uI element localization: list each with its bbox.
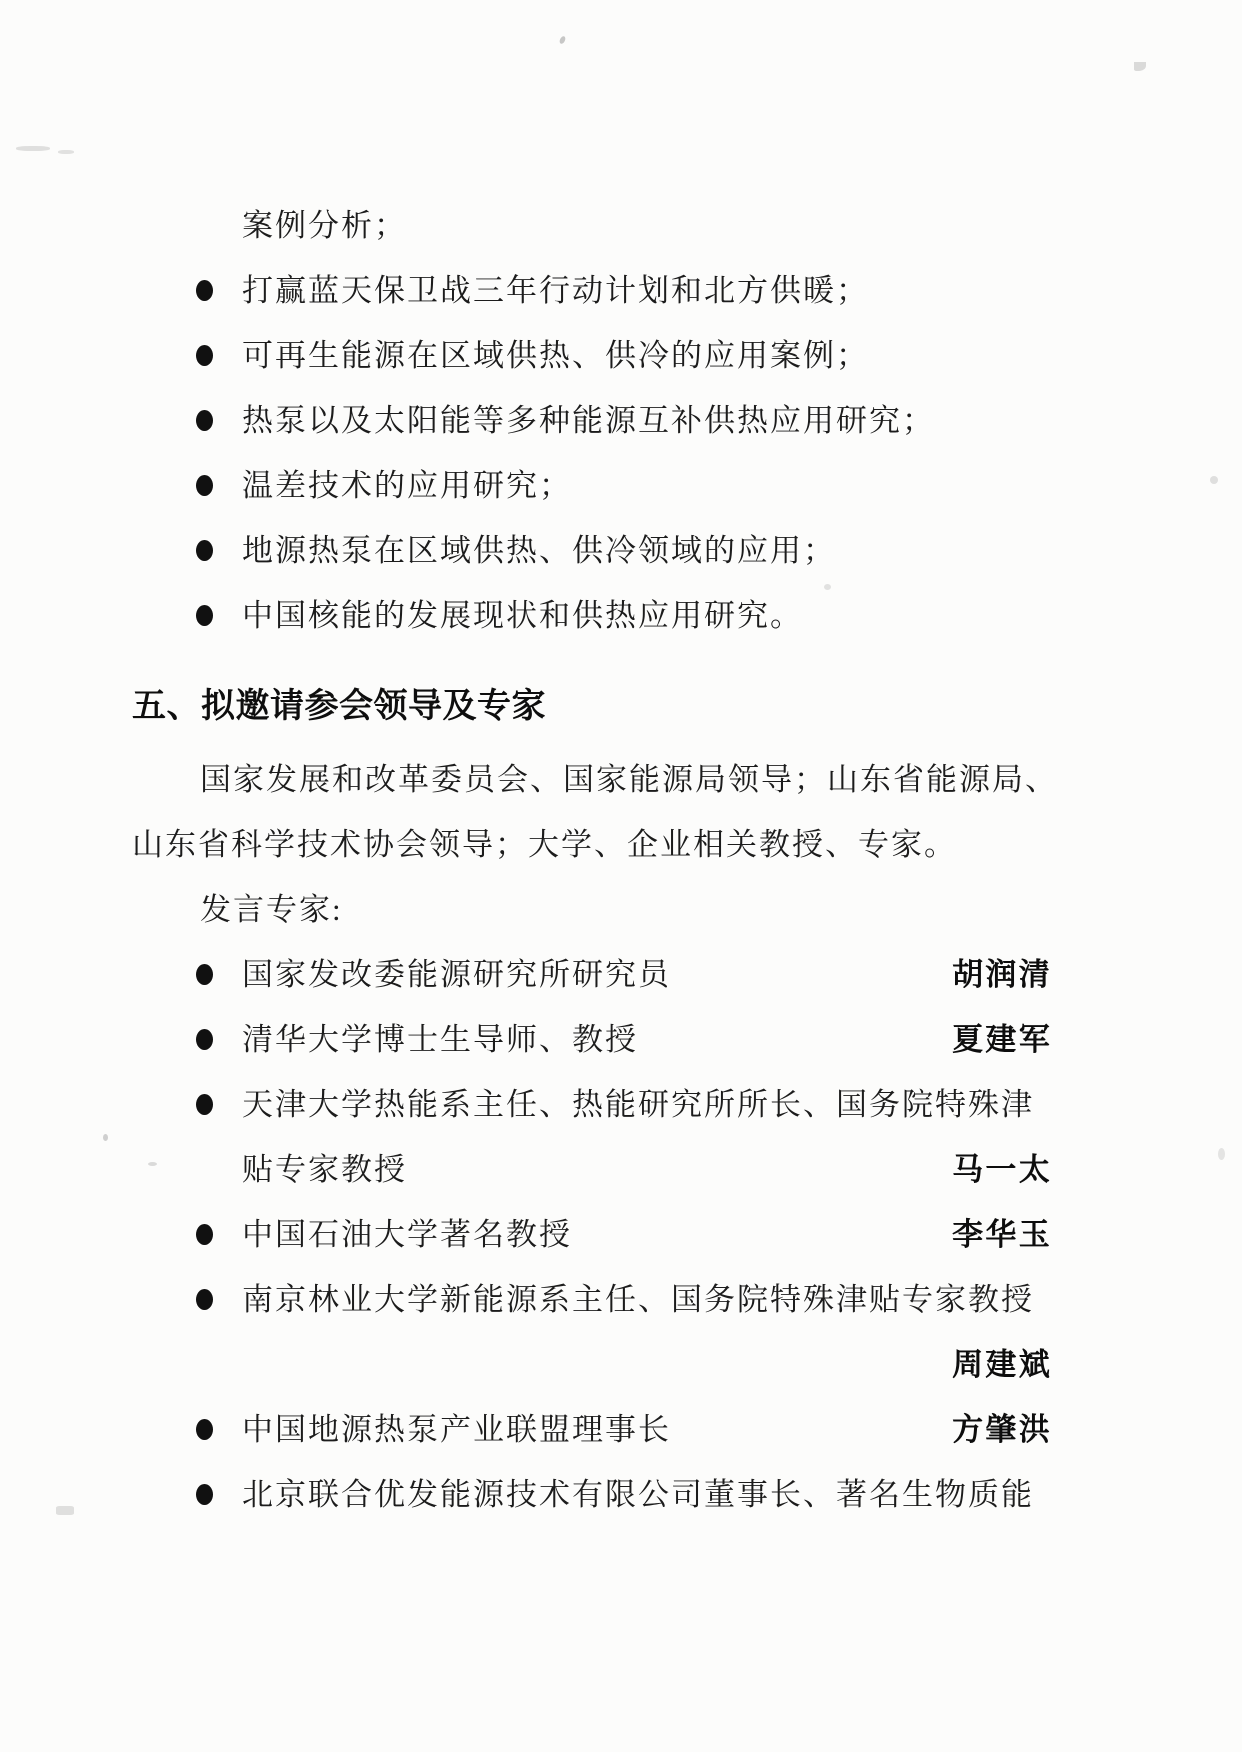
scan-artifact: [1210, 476, 1218, 484]
topic-item: 可再生能源在区域供热、供冷的应用案例；: [132, 323, 1060, 388]
topic-item: 中国核能的发展现状和供热应用研究。: [132, 583, 1060, 648]
speaker-name: 马一太: [952, 1137, 1052, 1202]
scanned-document-page: 案例分析； 打赢蓝天保卫战三年行动计划和北方供暖； 可再生能源在区域供热、供冷的…: [0, 0, 1242, 1752]
speaker-title: 中国石油大学著名教授: [242, 1217, 572, 1252]
speaker-name: 周建斌: [952, 1332, 1052, 1397]
bullet-dot-icon: [196, 1224, 213, 1245]
speaker-name: 李华玉: [952, 1202, 1052, 1267]
topic-text: 地源热泵在区域供热、供冷领域的应用；: [242, 533, 836, 568]
speaker-item: 中国石油大学著名教授 李华玉: [132, 1202, 1060, 1267]
bullet-dot-icon: [196, 540, 213, 561]
topic-item: 温差技术的应用研究；: [132, 453, 1060, 518]
topic-item: 地源热泵在区域供热、供冷领域的应用；: [132, 518, 1060, 583]
speaker-name: 夏建军: [952, 1007, 1052, 1072]
topic-text: 可再生能源在区域供热、供冷的应用案例；: [242, 338, 869, 373]
topic-text: 打赢蓝天保卫战三年行动计划和北方供暖；: [242, 273, 869, 308]
bullet-dot-icon: [196, 1419, 213, 1440]
document-content: 案例分析； 打赢蓝天保卫战三年行动计划和北方供暖； 可再生能源在区域供热、供冷的…: [132, 193, 1060, 1527]
bullet-dot-icon: [196, 1289, 213, 1310]
topic-item: 打赢蓝天保卫战三年行动计划和北方供暖；: [132, 258, 1060, 323]
bullet-dot-icon: [196, 410, 213, 431]
scan-artifact: [1134, 62, 1146, 71]
bullet-dot-icon: [196, 964, 213, 985]
bullet-dot-icon: [196, 280, 213, 301]
speaker-name: 胡润清: [952, 942, 1052, 1007]
scan-artifact: [16, 146, 50, 151]
topic-list: 打赢蓝天保卫战三年行动计划和北方供暖； 可再生能源在区域供热、供冷的应用案例； …: [132, 258, 1060, 648]
scan-artifact: [1218, 1148, 1225, 1160]
scan-artifact: [559, 35, 567, 44]
scan-artifact: [56, 1506, 74, 1515]
bullet-dot-icon: [196, 345, 213, 366]
scan-artifact: [58, 150, 74, 154]
topic-text: 温差技术的应用研究；: [242, 468, 572, 503]
speaker-title: 中国地源热泵产业联盟理事长: [242, 1412, 671, 1447]
scan-artifact: [103, 1134, 108, 1141]
bullet-dot-icon: [196, 1484, 213, 1505]
topic-text: 热泵以及太阳能等多种能源互补供热应用研究；: [242, 403, 935, 438]
speaker-item: 北京联合优发能源技术有限公司董事长、著名生物质能: [132, 1462, 1060, 1527]
topic-text: 中国核能的发展现状和供热应用研究。: [242, 598, 803, 633]
topic-item: 热泵以及太阳能等多种能源互补供热应用研究；: [132, 388, 1060, 453]
speaker-item: 国家发改委能源研究所研究员 胡润清: [132, 942, 1060, 1007]
bullet-dot-icon: [196, 475, 213, 496]
speaker-title: 清华大学博士生导师、教授: [242, 1022, 638, 1057]
speaker-name: 方肇洪: [952, 1397, 1052, 1462]
speaker-item: 天津大学热能系主任、热能研究所所长、国务院特殊津贴专家教授 马一太: [132, 1072, 1060, 1202]
speaker-title: 北京联合优发能源技术有限公司董事长、著名生物质能: [242, 1477, 1034, 1512]
speaker-title: 天津大学热能系主任、热能研究所所长、国务院特殊津贴专家教授: [242, 1087, 1034, 1187]
bullet-dot-icon: [196, 1029, 213, 1050]
speaker-list: 国家发改委能源研究所研究员 胡润清 清华大学博士生导师、教授 夏建军 天津大学热…: [132, 942, 1060, 1527]
continuation-text: 案例分析；: [242, 193, 1060, 258]
speaker-item: 清华大学博士生导师、教授 夏建军: [132, 1007, 1060, 1072]
bullet-dot-icon: [196, 605, 213, 626]
section-intro: 国家发展和改革委员会、国家能源局领导；山东省能源局、山东省科学技术协会领导；大学…: [132, 747, 1060, 877]
speakers-label: 发言专家:: [200, 877, 1060, 942]
speaker-item: 中国地源热泵产业联盟理事长 方肇洪: [132, 1397, 1060, 1462]
speaker-title: 国家发改委能源研究所研究员: [242, 957, 671, 992]
speaker-item: 南京林业大学新能源系主任、国务院特殊津贴专家教授 周建斌: [132, 1267, 1060, 1397]
bullet-dot-icon: [196, 1094, 213, 1115]
section-heading: 五、拟邀请参会领导及专家: [132, 674, 1060, 739]
speaker-title: 南京林业大学新能源系主任、国务院特殊津贴专家教授: [242, 1282, 1034, 1317]
